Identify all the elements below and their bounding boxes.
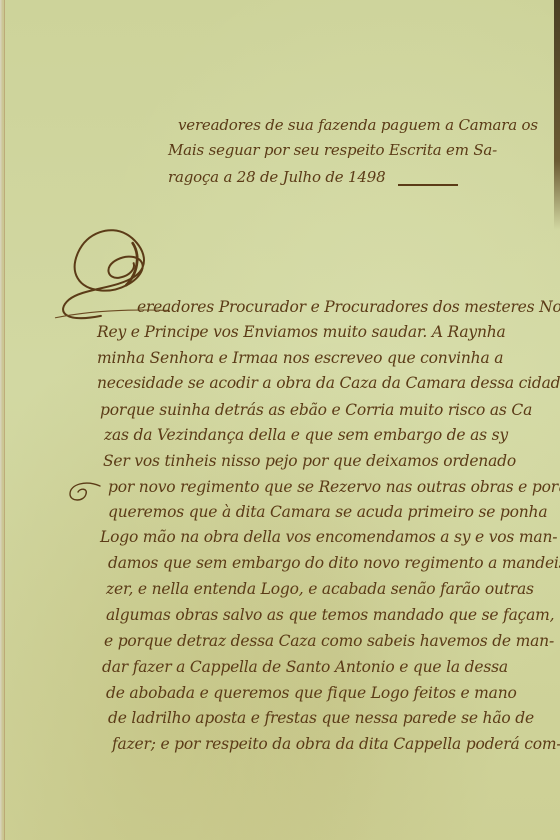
body-line-18: fazer; e por respeito da obra da dita Ca… bbox=[112, 735, 560, 753]
body-line-9: queremos que à dita Camara se acuda prim… bbox=[108, 503, 547, 521]
margin-flourish-icon bbox=[64, 480, 104, 504]
body-line-4: necesidade se acodir a obra da Caza da C… bbox=[97, 374, 560, 392]
body-line-2: Rey e Principe vos Enviamos muito saudar… bbox=[97, 323, 506, 341]
body-line-16: de abobada e queremos que fique Logo fei… bbox=[106, 684, 517, 702]
body-line-15: dar fazer a Cappella de Santo Antonio e … bbox=[102, 658, 508, 676]
heading-line-1: vereadores de sua fazenda paguem a Camar… bbox=[178, 116, 538, 134]
body-line-13: algumas obras salvo as que temos mandado… bbox=[106, 606, 554, 624]
body-line-6: zas da Vezindança della e que sem embarg… bbox=[104, 426, 508, 444]
body-line-10: Logo mão na obra della vos encomendamos … bbox=[100, 528, 557, 546]
manuscript-page: vereadores de sua fazenda paguem a Camar… bbox=[0, 0, 560, 840]
body-line-5: porque suinha detrás as ebão e Corria mu… bbox=[100, 401, 532, 419]
heading-line-3-date: ragoça a 28 de Julho de 1498 bbox=[168, 168, 385, 186]
page-left-edge-line bbox=[4, 0, 5, 840]
body-line-12: zer, e nella entenda Logo, e acabada sen… bbox=[106, 580, 534, 598]
body-line-7: Ser vos tinheis nisso pejo por que deixa… bbox=[103, 452, 516, 470]
heading-line-2: Mais seguar por seu respeito Escrita em … bbox=[168, 141, 497, 159]
binding-shadow bbox=[554, 0, 560, 230]
heading-end-rule bbox=[398, 184, 458, 186]
body-line-14: e porque detraz dessa Caza como sabeis h… bbox=[104, 632, 554, 650]
body-line-17: de ladrilho aposta e frestas que nessa p… bbox=[108, 709, 534, 727]
body-line-1: ereadores Procurador e Procuradores dos … bbox=[137, 298, 560, 316]
body-line-3: minha Senhora e Irmaa nos escreveo que c… bbox=[97, 349, 503, 367]
body-line-11: damos que sem embargo do dito novo regim… bbox=[108, 554, 560, 572]
body-line-8: por novo regimento que se Rezervo nas ou… bbox=[108, 478, 560, 496]
